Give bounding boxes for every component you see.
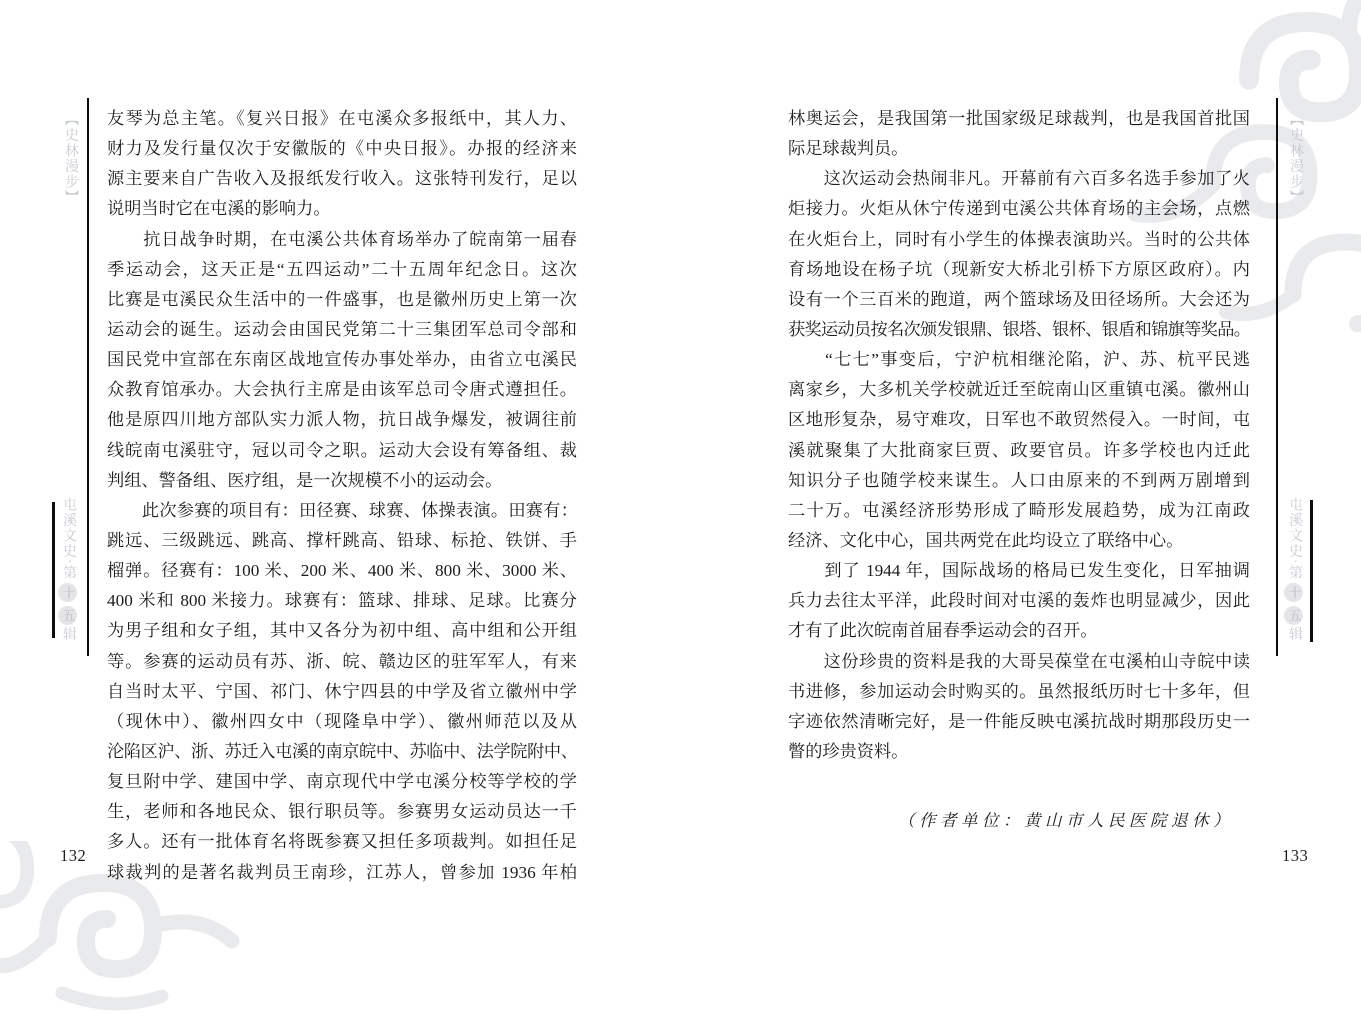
volume-number-circle: 五 [58,606,77,625]
right-series-label: 【史林漫步】 [1285,112,1305,205]
text-line: 国民党中宣部在东南区战地宣传办事处举办，由省立屯溪民 [107,345,577,375]
text-line: 友琴为总主笔。《复兴日报》在屯溪众多报纸中，其人力、 [107,104,577,134]
text-line: 炬接力。火炬从休宁传递到屯溪公共体育场的主会场，点燃 [788,194,1250,224]
book-spread: 【史林漫步】 屯溪文史·第十五辑 【史林漫步】 屯溪文史·第十五辑 友琴为总主笔… [0,0,1361,1016]
text-line: 溪就聚集了大批商家巨贾、政要官员。许多学校也内迁此地， [788,436,1250,466]
text-line: 运动会的诞生。运动会由国民党第二十三集团军总司令部和 [107,315,577,345]
text-line: 书进修，参加运动会时购买的。虽然报纸历时七十多年，但 [788,677,1250,707]
author-attribution: （作者单位：黄山市人民医院退休） [788,806,1250,836]
text-line: 离家乡，大多机关学校就近迁至皖南山区重镇屯溪。徽州山 [788,375,1250,405]
text-line: 生，老师和各地民众、银行职员等。参赛男女运动员达一千 [107,797,577,827]
right-volume-rule [1310,500,1313,642]
text-line: 在火炬台上，同时有小学生的体操表演助兴。当时的公共体 [788,225,1250,255]
text-line: 抗日战争时期，在屯溪公共体育场举办了皖南第一届春 [107,225,577,255]
text-line: 等。参赛的运动员有苏、浙、皖、赣边区的驻军军人，有来 [107,647,577,677]
text-line: 多人。还有一批体育名将既参赛又担任多项裁判。如担任足 [107,827,577,857]
text-line: 说明当时它在屯溪的影响力。 [107,194,577,224]
text-line: “七七”事变后，宁沪杭相继沦陷，沪、苏、杭平民逃 [788,345,1250,375]
text-line: 此次参赛的项目有：田径赛、球赛、体操表演。田赛有： [107,496,577,526]
text-line: 字迹依然清晰完好，是一件能反映屯溪抗战时期那段历史一 [788,707,1250,737]
text-line: 自当时太平、宁国、祁门、休宁四县的中学及省立徽州中学 [107,677,577,707]
left-volume-label: 屯溪文史·第十五辑 [58,497,78,642]
text-line: 财力及发行量仅次于安徽版的《中央日报》。办报的经济来 [107,134,577,164]
text-line: 跳远、三级跳远、跳高、撑杆跳高、铅球、标抢、铁饼、手 [107,526,577,556]
text-line: 到了 1944 年，国际战场的格局已发生变化，日军抽调 [788,556,1250,586]
text-line: 复旦附中学、建国中学、南京现代中学屯溪分校等学校的学 [107,767,577,797]
volume-label-text: 辑 [1287,627,1302,643]
text-line: 育场地设在杨子坑（现新安大桥北引桥下方原区政府）。内 [788,255,1250,285]
text-line: 兵力去往太平洋，此段时间对屯溪的轰炸也明显减少，因此 [788,586,1250,616]
text-line: 这次运动会热闹非凡。开幕前有六百多名选手参加了火 [788,164,1250,194]
volume-number-circle: 十 [1284,583,1303,602]
left-page-text: 友琴为总主笔。《复兴日报》在屯溪众多报纸中，其人力、财力及发行量仅次于安徽版的《… [107,104,577,888]
text-line: 瞥的珍贵资料。 [788,737,1250,767]
text-line: 为男子组和女子组，其中又各分为初中组、高中组和公开组 [107,616,577,646]
text-line: 才有了此次皖南首届春季运动会的召开。 [788,616,1250,646]
left-series-label: 【史林漫步】 [60,112,80,205]
text-line: 众教育馆承办。大会执行主席是由该军总司令唐式遵担任。 [107,375,577,405]
text-line: 季运动会，这天正是“五四运动”二十五周年纪念日。这次 [107,255,577,285]
text-line: 比赛是屯溪民众生活中的一件盛事，也是徽州历史上第一次 [107,285,577,315]
volume-number-circle: 十 [58,583,77,602]
volume-label-text: 屯溪文史·第 [61,497,76,581]
volume-label-text: 屯溪文史·第 [1287,497,1302,581]
text-line: 际足球裁判员。 [788,134,1250,164]
text-line: 知识分子也随学校来谋生。人口由原来的不到两万剧增到 [788,466,1250,496]
right-page-text: 林奥运会，是我国第一批国家级足球裁判，也是我国首批国际足球裁判员。 这次运动会热… [788,104,1250,767]
text-line: 400 米和 800 米接力。球赛有：篮球、排球、足球。比赛分 [107,586,577,616]
left-column-rule [87,98,89,656]
text-line: 林奥运会，是我国第一批国家级足球裁判，也是我国首批国 [788,104,1250,134]
text-line: 榴弹。径赛有：100 米、200 米、400 米、800 米、3000 米、 [107,556,577,586]
left-page-number: 132 [60,846,86,866]
text-line: 获奖运动员按名次颁发银鼎、银塔、银杯、银盾和锦旗等奖品。 [788,315,1250,345]
text-line: 区地形复杂，易守难攻，日军也不敢贸然侵入。一时间，屯 [788,405,1250,435]
text-line: 判组、警备组、医疗组，是一次规模不小的运动会。 [107,466,577,496]
text-line: 经济、文化中心，国共两党在此均设立了联络中心。 [788,526,1250,556]
volume-label-text: 辑 [61,627,76,643]
text-line: 他是原四川地方部队实力派人物，抗日战争爆发，被调往前 [107,405,577,435]
text-line: （现休中）、徽州四女中（现隆阜中学）、徽州师范以及从 [107,707,577,737]
right-volume-label: 屯溪文史·第十五辑 [1284,497,1304,642]
text-line: 这份珍贵的资料是我的大哥吴葆堂在屯溪柏山寺皖中读 [788,647,1250,677]
volume-number-circle: 五 [1284,606,1303,625]
text-line: 沦陷区沪、浙、苏迁入屯溪的南京皖中、苏临中、法学院附中、 [107,737,577,767]
text-line: 设有一个三百米的跑道，两个篮球场及田径场所。大会还为 [788,285,1250,315]
text-line: 源主要来自广告收入及报纸发行收入。这张特刊发行，足以 [107,164,577,194]
text-line: 球裁判的是著名裁判员王南珍，江苏人，曾参加 1936 年柏 [107,858,577,888]
text-line: 线皖南屯溪驻守，冠以司令之职。运动大会设有筹备组、裁 [107,436,577,466]
right-page-number: 133 [1282,846,1308,866]
right-column-rule [1276,98,1278,656]
text-line: 二十万。屯溪经济形势形成了畸形发展趋势，成为江南政治、 [788,496,1250,526]
left-volume-rule [52,502,55,638]
